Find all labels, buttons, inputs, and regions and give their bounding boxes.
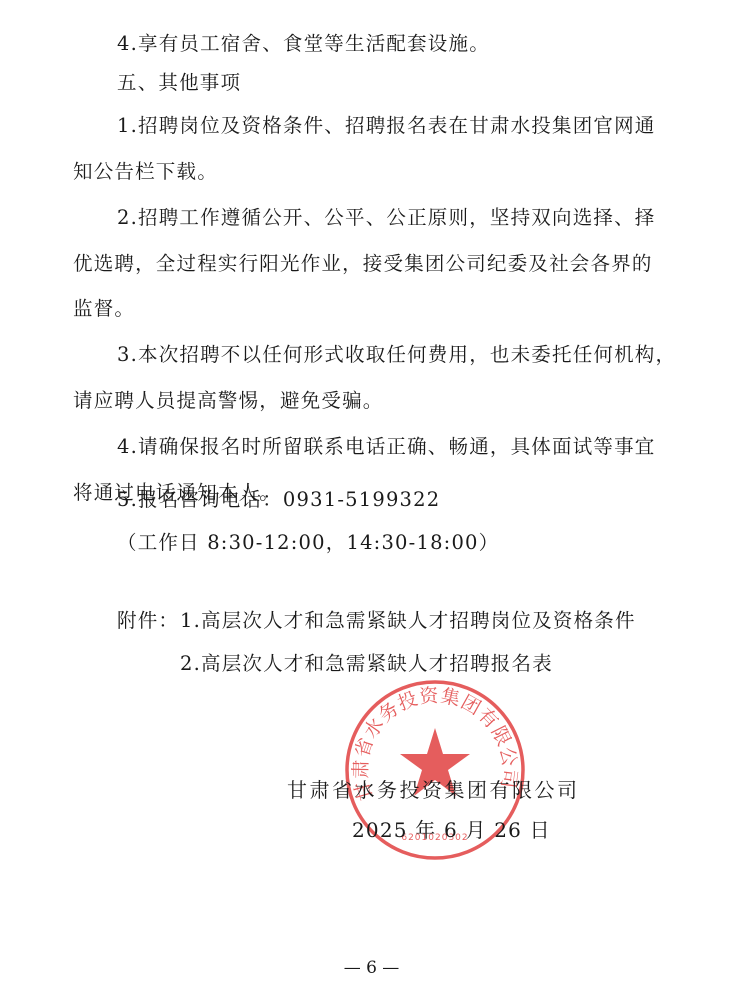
paragraph-2-line-1: 2.招聘工作遵循公开、公平、公正原则，坚持双向选择、择 [117, 206, 656, 230]
company-signature: 甘肃省水务投资集团有限公司 [287, 778, 580, 802]
office-hours: （工作日 8:30-12:00，14:30-18:00） [117, 531, 499, 555]
paragraph-3-line-2: 请应聘人员提高警惕，避免受骗。 [73, 389, 384, 413]
section-heading-other-matters: 五、其他事项 [117, 71, 241, 95]
benefit-item-4: 4.享有员工宿舍、食堂等生活配套设施。 [117, 32, 490, 56]
paragraph-3-line-1: 3.本次招聘不以任何形式收取任何费用，也未委托任何机构， [117, 343, 676, 367]
attachment-item-2: 2.高层次人才和急需紧缺人才招聘报名表 [180, 652, 553, 676]
paragraph-2-line-3: 监督。 [73, 297, 135, 321]
paragraph-1-line-2: 知公告栏下载。 [73, 160, 218, 184]
page-number: — 6 — [0, 958, 743, 978]
signature-date: 2025 年 6 月 26 日 [352, 818, 551, 842]
paragraph-4-line-1: 4.请确保报名时所留联系电话正确、畅通，具体面试等事宜 [117, 435, 656, 459]
paragraph-2-line-2: 优选聘，全过程实行阳光作业，接受集团公司纪委及社会各界的 [73, 252, 653, 276]
paragraph-1-line-1: 1.招聘岗位及资格条件、招聘报名表在甘肃水投集团官网通 [117, 114, 656, 138]
phone-inquiry: 5.报名咨询电话：0931-5199322 [117, 488, 440, 512]
attachments-label: 附件： [117, 609, 179, 633]
attachment-item-1: 1.高层次人才和急需紧缺人才招聘岗位及资格条件 [180, 609, 636, 633]
